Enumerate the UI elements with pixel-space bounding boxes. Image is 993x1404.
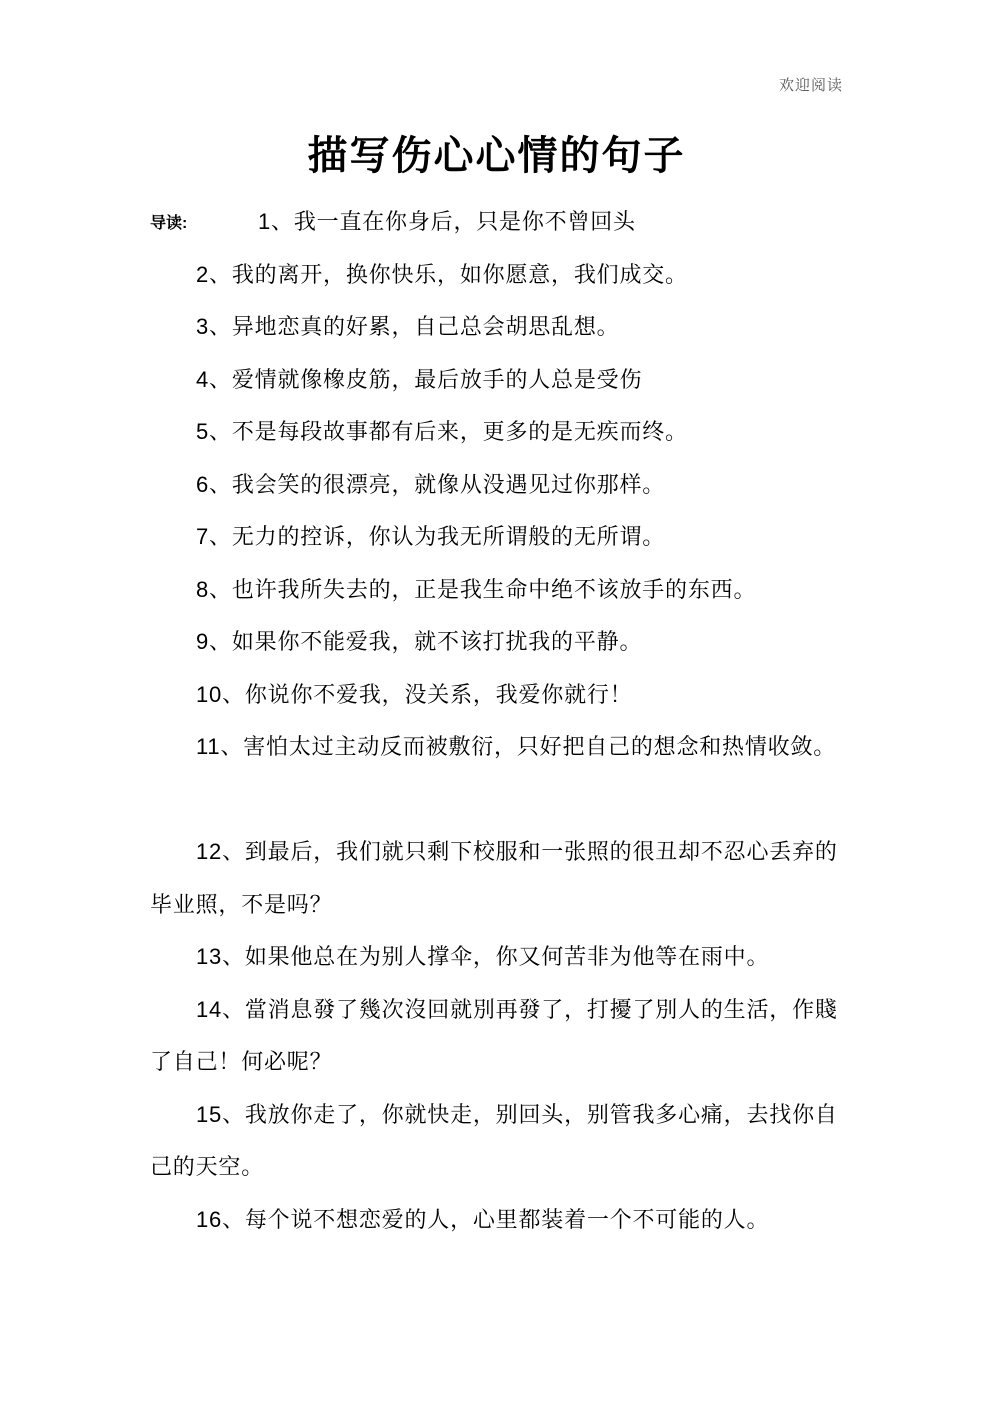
item-number: 9、 bbox=[196, 629, 232, 654]
list-item: 6、我会笑的很漂亮，就像从没遇见过你那样。 bbox=[150, 459, 845, 512]
item-text: 我放你走了，你就快走，别回头，别管我多心痛，去找你自己的天空。 bbox=[150, 1102, 838, 1180]
list-item: 16、每个说不想恋爱的人，心里都装着一个不可能的人。 bbox=[150, 1194, 845, 1247]
item-number: 12、 bbox=[196, 839, 245, 864]
item-number: 11、 bbox=[196, 734, 243, 759]
item-number: 10、 bbox=[196, 682, 245, 707]
item-text: 當消息發了幾次沒回就別再發了，打擾了別人的生活，作賤了自己！何必呢？ bbox=[150, 997, 838, 1075]
header-note: 欢迎阅读 bbox=[779, 74, 843, 95]
item-number: 13、 bbox=[196, 944, 245, 969]
item-number: 6、 bbox=[196, 472, 232, 497]
document-page: 欢迎阅读 描写伤心心情的句子 导读: 1、我一直在你身后，只是你不曾回头2、我的… bbox=[0, 0, 993, 1404]
list-item: 3、异地恋真的好累，自己总会胡思乱想。 bbox=[150, 301, 845, 354]
list-item: 7、无力的控诉，你认为我无所谓般的无所谓。 bbox=[150, 511, 845, 564]
item-text: 每个说不想恋爱的人，心里都装着一个不可能的人。 bbox=[245, 1207, 769, 1232]
item-text: 如果你不能爱我，就不该打扰我的平静。 bbox=[232, 629, 642, 654]
item-text: 异地恋真的好累，自己总会胡思乱想。 bbox=[232, 314, 620, 339]
list-item: 10、你说你不爱我，没关系，我爱你就行！ bbox=[150, 669, 845, 722]
item-number: 7、 bbox=[196, 524, 232, 549]
lead-label: 导读: bbox=[150, 210, 187, 233]
list-item: 2、我的离开，换你快乐，如你愿意，我们成交。 bbox=[150, 249, 845, 302]
list-item: 13、如果他总在为别人撑伞，你又何苦非为他等在雨中。 bbox=[150, 931, 845, 984]
list-item: 11、害怕太过主动反而被敷衍，只好把自己的想念和热情收敛。 bbox=[150, 721, 845, 774]
item-text: 到最后，我们就只剩下校服和一张照的很丑却不忍心丢弃的毕业照，不是吗？ bbox=[150, 839, 838, 917]
item-number: 16、 bbox=[196, 1207, 245, 1232]
item-text: 不是每段故事都有后来，更多的是无疾而终。 bbox=[232, 419, 688, 444]
list-item: 1、我一直在你身后，只是你不曾回头 bbox=[150, 196, 845, 249]
item-number: 4、 bbox=[196, 367, 232, 392]
item-text: 我一直在你身后，只是你不曾回头 bbox=[294, 209, 636, 234]
item-number: 14、 bbox=[196, 997, 245, 1022]
item-number: 1、 bbox=[258, 209, 294, 234]
item-number: 3、 bbox=[196, 314, 232, 339]
item-text: 如果他总在为别人撑伞，你又何苦非为他等在雨中。 bbox=[245, 944, 769, 969]
item-text: 你说你不爱我，没关系，我爱你就行！ bbox=[245, 682, 633, 707]
item-text: 害怕太过主动反而被敷衍，只好把自己的想念和热情收敛。 bbox=[243, 734, 836, 759]
item-text: 我会笑的很漂亮，就像从没遇见过你那样。 bbox=[232, 472, 665, 497]
page-title: 描写伤心心情的句子 bbox=[0, 0, 993, 182]
list-item: 15、我放你走了，你就快走，别回头，别管我多心痛，去找你自己的天空。 bbox=[150, 1089, 845, 1194]
item-text: 我的离开，换你快乐，如你愿意，我们成交。 bbox=[232, 262, 688, 287]
list-item: 4、爱情就像橡皮筋，最后放手的人总是受伤 bbox=[150, 354, 845, 407]
list-item: 12、到最后，我们就只剩下校服和一张照的很丑却不忍心丢弃的毕业照，不是吗？ bbox=[150, 826, 845, 931]
list-item: 14、當消息發了幾次沒回就別再發了，打擾了別人的生活，作賤了自己！何必呢？ bbox=[150, 984, 845, 1089]
item-text: 也许我所失去的，正是我生命中绝不该放手的东西。 bbox=[232, 577, 756, 602]
list-item: 5、不是每段故事都有后来，更多的是无疾而终。 bbox=[150, 406, 845, 459]
item-text: 爱情就像橡皮筋，最后放手的人总是受伤 bbox=[232, 367, 642, 392]
item-text: 无力的控诉，你认为我无所谓般的无所谓。 bbox=[232, 524, 665, 549]
item-number: 8、 bbox=[196, 577, 232, 602]
list-item: 9、如果你不能爱我，就不该打扰我的平静。 bbox=[150, 616, 845, 669]
sentence-list: 1、我一直在你身后，只是你不曾回头2、我的离开，换你快乐，如你愿意，我们成交。3… bbox=[150, 196, 845, 1246]
item-number: 5、 bbox=[196, 419, 232, 444]
item-number: 2、 bbox=[196, 262, 232, 287]
item-number: 15、 bbox=[196, 1102, 245, 1127]
list-item: 8、也许我所失去的，正是我生命中绝不该放手的东西。 bbox=[150, 564, 845, 617]
